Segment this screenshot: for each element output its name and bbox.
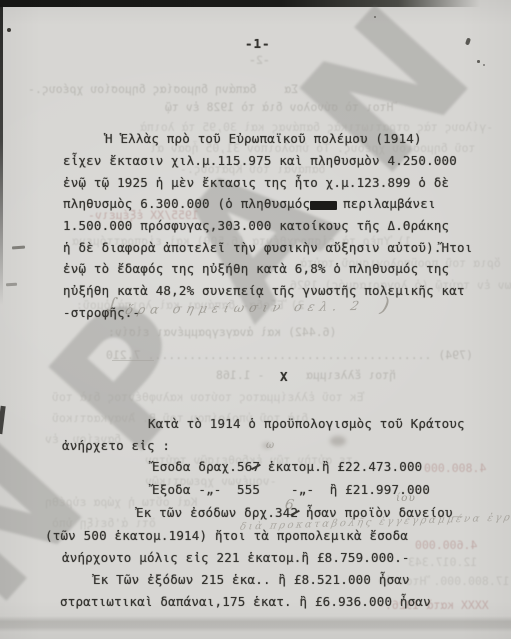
- ghost-line: -2-: [249, 55, 270, 67]
- typed-line: ηὐξήθη κατὰ 48,2% συνεπείᾳ τῆς γνωστῆς π…: [63, 284, 465, 297]
- typed-line: ἀνήρχοντο μόλις εἰς 221 ἑκατομ.ἢ £8.759.…: [62, 551, 410, 564]
- ghost-underline: [112, 360, 154, 361]
- typed-line: πληθυσμὸς 6.300.000 (ὁ πληθυσμός: [63, 197, 310, 210]
- typed-line: ἐνῷ τὸ ἔδαφός της ηὐξήθη κατὰ 6,8% ὁ πλη…: [63, 262, 449, 275]
- struck-digit: 7: [252, 460, 260, 473]
- ghost-line: Ἤτοι τὸ σύνολον διὰ τὸ 1928 ἐν τῷ: [165, 102, 393, 114]
- margin-dash-mark: [12, 246, 25, 249]
- typed-line: 1.500.000 πρόσφυγας,303.000 κατοίκους τῆ…: [63, 219, 449, 232]
- ink-speck: [465, 38, 471, 46]
- typed-line: ἀνήρχετο εἰς :: [62, 439, 170, 452]
- typed-line: Κατὰ τὸ 1914 ὁ προϋπολογισμὸς τοῦ Κράτου…: [148, 417, 465, 430]
- scan-edge-left: [0, 5, 3, 305]
- scan-shadow-bottom: [0, 616, 511, 632]
- ghost-line: (6.442) καὶ ἀναγεγραμμέναι εἰσίν:: [108, 327, 336, 339]
- ghost-line: (794) ..................................…: [106, 350, 473, 362]
- typed-line: περιλαμβάνει: [343, 197, 436, 210]
- scan-edge-notch: [0, 406, 6, 434]
- pencil-note-see-page2: ὅρα σημείωσιν σελ. 2: [124, 298, 366, 317]
- ghost-line: 12.017.343: [408, 557, 477, 569]
- typed-line: (τῶν 500 ἑκατομ.1914) ἤτοι τὰ προπολεμικ…: [45, 529, 408, 542]
- margin-dash-mark: [6, 283, 17, 286]
- ink-speck: [374, 16, 376, 18]
- typed-line: στρατιωτικαὶ δαπάναι,175 ἑκατ. ἢ £6.936.…: [60, 595, 431, 608]
- scanned-document-page: ΝΡΑΝ -2- Σα δαπάνη δημοσίας δημοσίου χρέ…: [0, 0, 511, 639]
- ink-smudge: [330, 436, 346, 446]
- line-text: Ἔσοδα δραχ.56: [152, 459, 252, 474]
- redacted-word: [310, 201, 337, 210]
- page-number: -1-: [245, 37, 271, 50]
- scan-edge-top: [0, 0, 511, 7]
- section-divider: Χ: [280, 370, 288, 383]
- ghost-line: 4.600.000: [415, 540, 477, 552]
- ink-speck: [483, 64, 485, 66]
- ghost-line: Σα δαπάνη δημοσίας δημοσίου χρέους.-: [28, 84, 298, 96]
- ghost-line: Ἐκ τοῦ ἐλλείμματος τούτου καλυφθέντος δι…: [52, 392, 364, 404]
- ink-speck: [477, 60, 480, 63]
- pencil-omega-mark: ω: [266, 440, 274, 451]
- typed-line: ἡ δὲ διαφορὰ ἀποτελεῖ τὴν φυσικὴν αὔξησι…: [63, 241, 472, 254]
- typed-line: Ἡ Ἑλλὰς πρὸ τοῦ Εὐρωπαϊκοῦ πολέμου (1914…: [105, 132, 422, 145]
- typed-line: Ἐκ Τῶν ἐξόδων 215 ἑκα.. ἢ £8.521.000 ἦσα…: [93, 573, 410, 586]
- pencil-word-correction: ίου: [396, 492, 416, 504]
- typed-line: ἐνῷ τῷ 1925 ἡ μὲν ἔκτασις της ἦτο χ.μ.12…: [63, 176, 449, 189]
- ink-speck: [7, 28, 11, 32]
- ghost-line: ἤτοι ἔλλειμμα - 1.168: [216, 370, 396, 382]
- line-text: ἑκατομ.ἢ £22.473.000: [260, 459, 422, 474]
- typed-line: Ἔσοδα δραχ.567 ἑκατομ.ἢ £22.473.000: [152, 460, 422, 473]
- typed-line: εἶχεν ἔκτασιν χιλ.μ.115.975 καὶ πληθυσμὸ…: [63, 154, 457, 167]
- line-text: Ἐκ τῶν ἐσόδων δρχ.34: [136, 505, 291, 520]
- typed-line: Ἔξοδα -„- 555 -„- ἢ £21.997.000: [152, 483, 430, 496]
- ghost-line: 4.800.000: [424, 463, 486, 475]
